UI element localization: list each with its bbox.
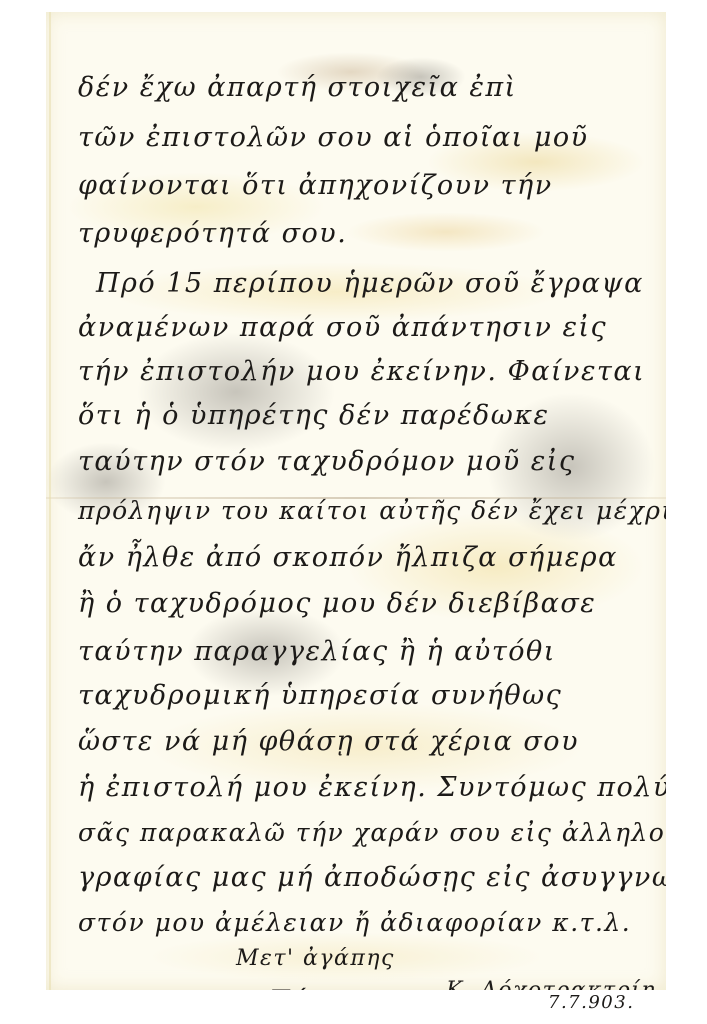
letter-line: τῶν ἐπιστολῶν σου αἱ ὁποῖαι μοῦ <box>78 124 589 151</box>
letter-line: στόν μου ἀμέλειαν ἤ ἀδιαφορίαν κ.τ.λ. <box>78 910 631 935</box>
letter-paper: δέν ἔχω ἀπαρτή στοιχεῖα ἐπὶ τῶν ἐπιστολῶ… <box>46 12 666 990</box>
fold-line-vertical <box>49 12 51 990</box>
letter-line: ἄν ἦλθε ἀπό σκοπόν ἤλπιζα σήμερα <box>78 544 618 571</box>
stain <box>346 212 546 252</box>
signature-name: Τάσος. <box>270 987 377 990</box>
letter-line: τρυφερότητά σου. <box>78 220 347 247</box>
letter-date: 7.7.903. <box>548 994 634 1012</box>
letter-line: σᾶς παρακαλῶ τήν χαράν σου εἰς ἀλληλο- <box>78 820 666 845</box>
letter-line: φαίνονται ὅτι ἀπηχονίζουν τήν <box>78 172 553 199</box>
letter-line: ἀναμένων παρά σοῦ ἀπάντησιν εἰς <box>78 314 607 341</box>
ink-smudge <box>136 332 336 452</box>
letter-line: ὅτι ἡ ὁ ὑπηρέτης δέν παρέδωκε <box>78 402 550 429</box>
letter-line: τήν ἐπιστολήν μου ἐκείνην. Φαίνεται <box>78 358 645 385</box>
letter-closing-salutation: Μετ' ἀγάπης <box>236 948 395 970</box>
letter-line: ταύτην στόν ταχυδρόμον μοῦ εἰς <box>78 448 575 475</box>
letter-line: πρόληψιν του καίτοι αὐτῆς δέν ἔχει μέχρι <box>78 498 666 523</box>
letter-line: ὥστε νά μή φθάσῃ στά χέρια σου <box>78 728 579 755</box>
letter-line: ἢ ὁ ταχυδρόμος μου δέν διεβίβασε <box>78 590 596 617</box>
letter-line: Πρό 15 περίπου ἡμερῶν σοῦ ἔγραψα <box>96 270 644 297</box>
letter-line: γραφίας μας μή ἀποδώσῃς εἰς ἀσυγγνω- <box>78 864 666 891</box>
signature-address: Κ. Λόχοτρακτρίη <box>446 980 656 990</box>
letter-line: ταχυδρομική ὑπηρεσία συνήθως <box>78 682 562 709</box>
letter-line: ἡ ἐπιστολή μου ἐκείνη. Συντόμως πολύ <box>78 774 666 801</box>
letter-line: δέν ἔχω ἀπαρτή στοιχεῖα ἐπὶ <box>78 74 517 101</box>
letter-line: ταύτην παραγγελίας ἢ ἡ αὐτόθι <box>78 638 556 665</box>
